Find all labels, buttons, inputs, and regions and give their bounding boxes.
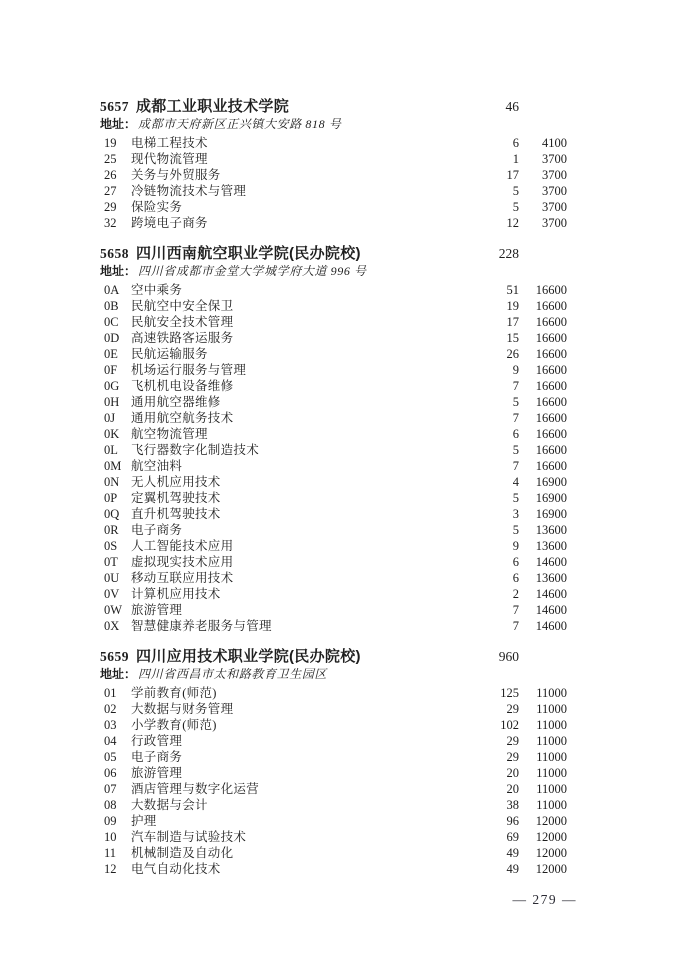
major-tuition-fee: 3700 [519,183,567,199]
major-tuition-fee: 16600 [519,282,567,298]
major-tuition-fee: 12000 [519,829,567,845]
major-row: 06旅游管理2011000 [100,765,567,781]
major-tuition-fee: 11000 [519,797,567,813]
major-tuition-fee: 16600 [519,378,567,394]
major-name: 旅游管理 [131,602,473,618]
major-tuition-fee: 16600 [519,298,567,314]
major-row: 29保险实务53700 [100,199,567,215]
major-row: 0H通用航空器维修516600 [100,394,567,410]
address-text: 成都市天府新区正兴镇大安路 818 号 [138,117,341,131]
major-name: 飞机机电设备维修 [131,378,473,394]
major-plan-count: 4 [473,474,519,490]
major-plan-count: 7 [473,618,519,634]
major-plan-count: 2 [473,586,519,602]
major-name: 酒店管理与数字化运营 [131,781,473,797]
major-name: 跨境电子商务 [131,215,473,231]
major-plan-count: 102 [473,717,519,733]
major-tuition-fee: 3700 [519,167,567,183]
major-name: 民航空中安全保卫 [131,298,473,314]
major-plan-count: 69 [473,829,519,845]
major-code: 32 [104,215,123,231]
college-name: 四川应用技术职业学院(民办院校) [136,647,473,666]
major-code: 05 [104,749,123,765]
major-name: 机场运行服务与管理 [131,362,473,378]
major-row: 0B民航空中安全保卫1916600 [100,298,567,314]
major-tuition-fee: 16600 [519,314,567,330]
major-name: 通用航空航务技术 [131,410,473,426]
major-code: 0T [104,554,123,570]
major-tuition-fee: 12000 [519,861,567,877]
major-plan-count: 26 [473,346,519,362]
major-tuition-fee: 3700 [519,151,567,167]
major-tuition-fee: 4100 [519,135,567,151]
major-code: 0K [104,426,123,442]
major-code: 07 [104,781,123,797]
major-name: 直升机驾驶技术 [131,506,473,522]
major-plan-count: 3 [473,506,519,522]
major-plan-count: 20 [473,765,519,781]
major-row: 0K航空物流管理616600 [100,426,567,442]
major-code: 0U [104,570,123,586]
major-plan-count: 6 [473,570,519,586]
major-code: 0X [104,618,123,634]
major-tuition-fee: 16600 [519,458,567,474]
major-name: 高速铁路客运服务 [131,330,473,346]
major-plan-count: 125 [473,685,519,701]
major-code: 0D [104,330,123,346]
major-plan-count: 29 [473,749,519,765]
major-plan-count: 7 [473,602,519,618]
major-tuition-fee: 3700 [519,215,567,231]
major-name: 大数据与财务管理 [131,701,473,717]
major-row: 05电子商务2911000 [100,749,567,765]
major-name: 民航安全技术管理 [131,314,473,330]
major-list: 01学前教育(师范)1251100002大数据与财务管理291100003小学教… [100,685,567,877]
major-plan-count: 5 [473,394,519,410]
major-code: 0S [104,538,123,554]
major-tuition-fee: 11000 [519,685,567,701]
major-name: 通用航空器维修 [131,394,473,410]
major-tuition-fee: 16600 [519,330,567,346]
major-plan-count: 5 [473,490,519,506]
major-row: 11机械制造及自动化4912000 [100,845,567,861]
major-row: 04行政管理2911000 [100,733,567,749]
major-plan-count: 38 [473,797,519,813]
major-row: 10汽车制造与试验技术6912000 [100,829,567,845]
major-name: 计算机应用技术 [131,586,473,602]
major-name: 空中乘务 [131,282,473,298]
major-row: 03小学教育(师范)10211000 [100,717,567,733]
major-plan-count: 7 [473,410,519,426]
major-name: 民航运输服务 [131,346,473,362]
major-tuition-fee: 3700 [519,199,567,215]
major-plan-count: 29 [473,701,519,717]
major-name: 智慧健康养老服务与管理 [131,618,473,634]
major-plan-count: 6 [473,135,519,151]
major-tuition-fee: 11000 [519,701,567,717]
major-plan-count: 19 [473,298,519,314]
major-name: 大数据与会计 [131,797,473,813]
major-name: 无人机应用技术 [131,474,473,490]
major-code: 0R [104,522,123,538]
major-tuition-fee: 14600 [519,618,567,634]
college-address: 地址：四川省西昌市太和路教育卫生园区 [100,666,567,682]
college-header: 5658四川西南航空职业学院(民办院校)228 [100,244,567,263]
major-plan-count: 15 [473,330,519,346]
major-plan-count: 1 [473,151,519,167]
major-row: 0E民航运输服务2616600 [100,346,567,362]
address-text: 四川省西昌市太和路教育卫生园区 [138,667,327,681]
major-code: 27 [104,183,123,199]
major-row: 0T虚拟现实技术应用614600 [100,554,567,570]
major-code: 0N [104,474,123,490]
college-section: 5658四川西南航空职业学院(民办院校)228地址：四川省成都市金堂大学城学府大… [100,244,567,634]
major-code: 26 [104,167,123,183]
major-row: 0X智慧健康养老服务与管理714600 [100,618,567,634]
major-tuition-fee: 13600 [519,570,567,586]
major-tuition-fee: 11000 [519,765,567,781]
major-row: 0C民航安全技术管理1716600 [100,314,567,330]
major-name: 机械制造及自动化 [131,845,473,861]
major-row: 19电梯工程技术64100 [100,135,567,151]
college-code: 5657 [100,97,129,116]
major-row: 07酒店管理与数字化运营2011000 [100,781,567,797]
major-name: 人工智能技术应用 [131,538,473,554]
major-code: 0H [104,394,123,410]
major-plan-count: 9 [473,538,519,554]
college-code: 5659 [100,647,129,666]
college-sections: 5657成都工业职业技术学院46地址：成都市天府新区正兴镇大安路 818 号19… [100,97,567,890]
major-name: 航空油料 [131,458,473,474]
major-plan-count: 49 [473,845,519,861]
college-code: 5658 [100,244,129,263]
major-name: 小学教育(师范) [131,717,473,733]
major-tuition-fee: 11000 [519,717,567,733]
major-code: 12 [104,861,123,877]
major-plan-count: 51 [473,282,519,298]
major-name: 航空物流管理 [131,426,473,442]
major-name: 关务与外贸服务 [131,167,473,183]
major-name: 飞行器数字化制造技术 [131,442,473,458]
major-row: 27冷链物流技术与管理53700 [100,183,567,199]
major-row: 12电气自动化技术4912000 [100,861,567,877]
major-code: 0A [104,282,123,298]
college-header: 5657成都工业职业技术学院46 [100,97,567,116]
major-plan-count: 9 [473,362,519,378]
college-name: 成都工业职业技术学院 [136,97,473,116]
major-tuition-fee: 14600 [519,554,567,570]
major-tuition-fee: 16600 [519,426,567,442]
major-code: 02 [104,701,123,717]
major-plan-count: 29 [473,733,519,749]
major-name: 电子商务 [131,749,473,765]
major-row: 01学前教育(师范)12511000 [100,685,567,701]
college-header: 5659四川应用技术职业学院(民办院校)960 [100,647,567,666]
address-label: 地址： [100,667,136,681]
major-row: 0J通用航空航务技术716600 [100,410,567,426]
major-code: 0P [104,490,123,506]
major-tuition-fee: 16600 [519,362,567,378]
major-name: 保险实务 [131,199,473,215]
major-name: 定翼机驾驶技术 [131,490,473,506]
major-tuition-fee: 16600 [519,410,567,426]
major-row: 08大数据与会计3811000 [100,797,567,813]
major-row: 0W旅游管理714600 [100,602,567,618]
major-list: 19电梯工程技术6410025现代物流管理1370026关务与外贸服务17370… [100,135,567,231]
major-name: 电气自动化技术 [131,861,473,877]
major-plan-count: 5 [473,442,519,458]
major-plan-count: 17 [473,314,519,330]
major-row: 0P定翼机驾驶技术516900 [100,490,567,506]
major-code: 0W [104,602,123,618]
major-tuition-fee: 16600 [519,394,567,410]
address-label: 地址： [100,117,136,131]
major-tuition-fee: 14600 [519,602,567,618]
major-plan-count: 7 [473,378,519,394]
major-row: 0A空中乘务5116600 [100,282,567,298]
major-code: 0J [104,410,123,426]
major-row: 32跨境电子商务123700 [100,215,567,231]
major-name: 汽车制造与试验技术 [131,829,473,845]
major-plan-count: 7 [473,458,519,474]
major-code: 25 [104,151,123,167]
major-plan-count: 49 [473,861,519,877]
major-name: 学前教育(师范) [131,685,473,701]
major-plan-count: 17 [473,167,519,183]
major-row: 09护理9612000 [100,813,567,829]
major-row: 0S人工智能技术应用913600 [100,538,567,554]
major-tuition-fee: 16600 [519,346,567,362]
college-section: 5659四川应用技术职业学院(民办院校)960地址：四川省西昌市太和路教育卫生园… [100,647,567,877]
major-name: 移动互联应用技术 [131,570,473,586]
major-list: 0A空中乘务51166000B民航空中安全保卫19166000C民航安全技术管理… [100,282,567,634]
major-row: 0D高速铁路客运服务1516600 [100,330,567,346]
major-code: 0G [104,378,123,394]
major-name: 虚拟现实技术应用 [131,554,473,570]
major-plan-count: 20 [473,781,519,797]
major-tuition-fee: 16900 [519,506,567,522]
major-code: 0C [104,314,123,330]
major-code: 0V [104,586,123,602]
major-plan-count: 6 [473,554,519,570]
college-address: 地址：四川省成都市金堂大学城学府大道 996 号 [100,263,567,279]
major-tuition-fee: 16600 [519,442,567,458]
major-row: 25现代物流管理13700 [100,151,567,167]
major-row: 0G飞机机电设备维修716600 [100,378,567,394]
major-row: 0N无人机应用技术416900 [100,474,567,490]
major-plan-count: 5 [473,199,519,215]
college-address: 地址：成都市天府新区正兴镇大安路 818 号 [100,116,567,132]
major-code: 0E [104,346,123,362]
major-row: 0F机场运行服务与管理916600 [100,362,567,378]
major-tuition-fee: 16900 [519,474,567,490]
major-code: 01 [104,685,123,701]
major-row: 0M航空油料716600 [100,458,567,474]
major-name: 护理 [131,813,473,829]
major-tuition-fee: 13600 [519,522,567,538]
major-code: 06 [104,765,123,781]
college-total-plan: 960 [473,647,519,666]
major-name: 行政管理 [131,733,473,749]
college-total-plan: 46 [473,97,519,116]
major-tuition-fee: 12000 [519,813,567,829]
major-code: 0F [104,362,123,378]
major-code: 03 [104,717,123,733]
major-code: 11 [104,845,123,861]
major-tuition-fee: 16900 [519,490,567,506]
major-name: 现代物流管理 [131,151,473,167]
major-name: 电梯工程技术 [131,135,473,151]
college-section: 5657成都工业职业技术学院46地址：成都市天府新区正兴镇大安路 818 号19… [100,97,567,231]
major-name: 旅游管理 [131,765,473,781]
major-plan-count: 6 [473,426,519,442]
major-tuition-fee: 13600 [519,538,567,554]
major-name: 电子商务 [131,522,473,538]
college-total-plan: 228 [473,244,519,263]
major-code: 0B [104,298,123,314]
major-row: 0Q直升机驾驶技术316900 [100,506,567,522]
major-row: 0V计算机应用技术214600 [100,586,567,602]
major-tuition-fee: 11000 [519,733,567,749]
major-row: 0R电子商务513600 [100,522,567,538]
major-tuition-fee: 11000 [519,781,567,797]
major-code: 29 [104,199,123,215]
major-name: 冷链物流技术与管理 [131,183,473,199]
page-number: — 279 — [513,892,578,907]
major-plan-count: 5 [473,183,519,199]
college-name: 四川西南航空职业学院(民办院校) [136,244,473,263]
major-row: 02大数据与财务管理2911000 [100,701,567,717]
major-code: 08 [104,797,123,813]
major-tuition-fee: 14600 [519,586,567,602]
address-label: 地址： [100,264,136,278]
major-row: 0U移动互联应用技术613600 [100,570,567,586]
major-code: 04 [104,733,123,749]
page-footer: — 279 — [513,892,578,908]
major-plan-count: 12 [473,215,519,231]
major-code: 0Q [104,506,123,522]
major-code: 0M [104,458,123,474]
major-tuition-fee: 11000 [519,749,567,765]
document-page: 5657成都工业职业技术学院46地址：成都市天府新区正兴镇大安路 818 号19… [0,0,680,961]
major-tuition-fee: 12000 [519,845,567,861]
major-plan-count: 5 [473,522,519,538]
major-plan-count: 96 [473,813,519,829]
major-code: 0L [104,442,123,458]
major-code: 19 [104,135,123,151]
major-row: 0L飞行器数字化制造技术516600 [100,442,567,458]
major-code: 09 [104,813,123,829]
major-row: 26关务与外贸服务173700 [100,167,567,183]
address-text: 四川省成都市金堂大学城学府大道 996 号 [138,264,367,278]
major-code: 10 [104,829,123,845]
